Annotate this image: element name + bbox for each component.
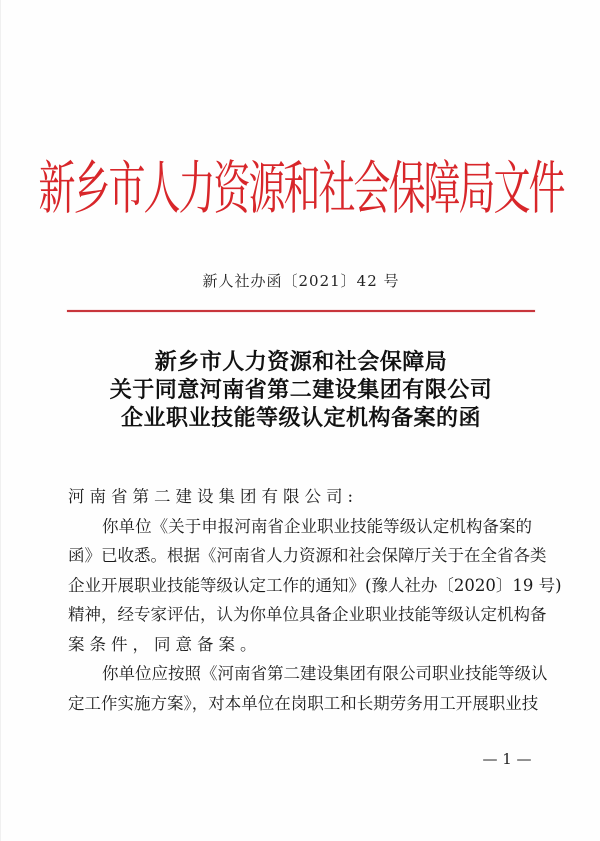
addressee: 河南省第二建设集团有限公司: — [68, 482, 532, 512]
title-line-1: 新乡市人力资源和社会保障局 — [1, 348, 600, 376]
title-line-2: 关于同意河南省第二建设集团有限公司 — [1, 376, 600, 404]
page-number: — 1 — — [461, 750, 553, 768]
body-line-3: 企业开展职业技能等级认定工作的通知》(豫人社办〔2020〕19 号) — [68, 571, 532, 601]
title-line-3: 企业职业技能等级认定机构备案的函 — [1, 404, 600, 432]
body-line-2: 函》已收悉。根据《河南省人力资源和社会保障厅关于在全省各类 — [68, 541, 532, 571]
masthead: 新乡市人力资源和社会保障局文件 — [1, 148, 600, 218]
document-title: 新乡市人力资源和社会保障局 关于同意河南省第二建设集团有限公司 企业职业技能等级… — [1, 348, 600, 432]
document-number: 新人社办函〔2021〕42 号 — [1, 270, 600, 291]
body-line-7: 定工作实施方案》，对本单位在岗职工和长期劳务用工开展职业技 — [68, 689, 532, 719]
body-line-5: 案条件，同意备案。 — [68, 630, 532, 660]
body-line-6: 你单位应按照《河南省第二建设集团有限公司职业技能等级认 — [68, 659, 532, 689]
document-body: 河南省第二建设集团有限公司: 你单位《关于申报河南省企业职业技能等级认定机构备案… — [68, 482, 532, 718]
body-line-4: 精神，经专家评估，认为你单位具备企业职业技能等级认定机构备 — [68, 600, 532, 630]
body-line-1: 你单位《关于申报河南省企业职业技能等级认定机构备案的 — [68, 512, 532, 542]
document-page: 新乡市人力资源和社会保障局文件 新人社办函〔2021〕42 号 新乡市人力资源和… — [0, 0, 600, 841]
masthead-title: 新乡市人力资源和社会保障局文件 — [39, 141, 564, 225]
red-divider-line — [67, 310, 535, 312]
